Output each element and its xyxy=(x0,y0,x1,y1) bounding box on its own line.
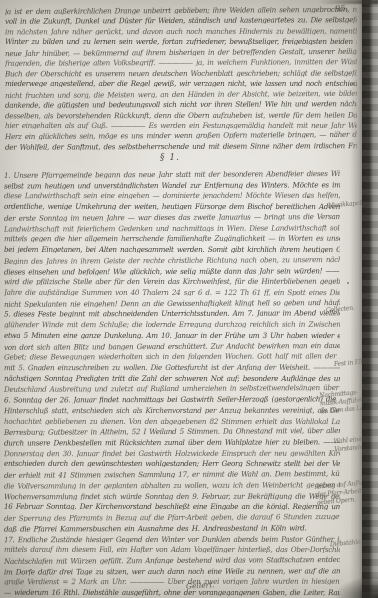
manuscript-line: glühender Winde mit dem Schluße; die lod… xyxy=(4,321,340,329)
manuscript-line: Landwirthschaft mit feierlichem Gedenken… xyxy=(4,224,340,232)
manuscript-line: mit 5. Gnaden einzuschreiben zu wollen. … xyxy=(4,364,340,372)
manuscript-line: hochachtet gebliebenen zu dienen. Von de… xyxy=(4,418,340,425)
manuscript-line: dieses einsehen und befolgen! Wie glückl… xyxy=(4,267,340,275)
manuscript-line: 17. Endliche Zustände hiesiger Gegend de… xyxy=(4,535,340,543)
manuscript-line: Gebet; diese Bewegungen wiederholten sic… xyxy=(4,353,340,361)
manuscript-line: Herz ein glückliches sein, möge es uns m… xyxy=(5,131,357,141)
manuscript-line: 5. dieses Feste beginnt mit abschneidend… xyxy=(4,310,340,318)
manuscript-line: 6. Sonntag der 26. Januar findet nachmit… xyxy=(4,395,340,403)
manuscript-line: durch unsere Denkbestellen mit Rücksicht… xyxy=(4,438,340,446)
manuscript-line: im Dorfe dafür drei Tage zu sitzen, wer … xyxy=(4,567,340,575)
manuscript-line: ja ist er dem außerkirchlichen Drange un… xyxy=(5,6,357,16)
section-mark: § 1. xyxy=(160,153,180,163)
manuscript-line: desselben, als bevorstehenden Rückkunft,… xyxy=(5,111,357,119)
manuscript-line: ordentliche, wenige Umkehrung der weiten… xyxy=(4,203,340,210)
manuscript-line: der Sperrung des Pfarramts in Bezug auf … xyxy=(4,513,340,522)
manuscript-line: Winter zu bilden und zu lernen sein werd… xyxy=(5,38,357,45)
manuscript-line: nicht fruchten und sorg, die Meisten wer… xyxy=(5,89,357,99)
manuscript-line: neue Jahr hinüber, — bekümmernd auf ihre… xyxy=(5,48,357,58)
manuscript-line: 16 Februar Sonntag. Der Kirchenvorstand … xyxy=(4,503,340,510)
manuscript-line: nicht Spekulanten nie eingehen! Denn an … xyxy=(4,299,340,308)
scanned-manuscript-page: 95. ja ist er dem außerkirchlichen Drang… xyxy=(0,0,378,598)
manuscript-line: etwa 5 Minuten eine ganze Dunkelung. Am … xyxy=(4,332,340,339)
manuscript-line: Deutschland Ausbreitung und zuletzt auf … xyxy=(4,384,340,393)
top-edge-shadow xyxy=(318,0,378,4)
manuscript-line: miederwege angestellend, aber die Regel … xyxy=(5,80,357,87)
manuscript-line: Donnerstag den 30. Januar findet bei Gas… xyxy=(4,449,340,457)
manuscript-line: Jahre die aufständige Summen von 40 Thal… xyxy=(4,289,340,296)
manuscript-line: — wiederum 16 Rthl. Diebstähle ausgeführ… xyxy=(4,589,340,596)
manuscript-line: mittels gegen die hier allgemein herrsch… xyxy=(4,235,340,243)
book-edge xyxy=(362,0,378,598)
manuscript-line: im nächsten Jahre näher gerückt, und dav… xyxy=(5,27,357,35)
manuscript-paper: 95. ja ist er dem außerkirchlichen Drang… xyxy=(0,0,366,598)
manuscript-line: fragenden, die bisherige alten Volksbegr… xyxy=(5,58,357,67)
bottom-corner-shadow xyxy=(322,568,378,598)
manuscript-line: selbst zum heutigen und unverständlichst… xyxy=(4,181,340,189)
manuscript-line: Nachtschlafen mit Würzen gefüllt. Zum An… xyxy=(4,556,340,565)
signature: Gellert. xyxy=(186,580,215,590)
manuscript-line: 1. Unsere Pfarrgemeinde begann das neue … xyxy=(4,170,340,179)
manuscript-line: Berresburg; Gutbesitzer in Altheim, 52 I… xyxy=(4,427,340,436)
manuscript-line: Hinterschluß statt, entschieden sich als… xyxy=(4,407,340,415)
manuscript-line: große Verdienst = 2 Mark an Uhr. ————— Ü… xyxy=(4,578,340,586)
manuscript-line: der erste Sonntag im neuen Jahre — war d… xyxy=(4,213,340,222)
ink-speck xyxy=(307,196,309,198)
manuscript-line: der erhielt mit 41 Stimmen zwischen Samm… xyxy=(4,470,340,479)
manuscript-line: daß die Pfarrei Kammersbuschen ein Ausna… xyxy=(4,524,340,532)
manuscript-line: die Vollversammlung in der geplanten abh… xyxy=(4,481,340,489)
manuscript-line: voll in die Zukunft, Dunkel und Düster f… xyxy=(5,17,357,26)
manuscript-line: entschieden durch den gewünschtesten woh… xyxy=(4,460,340,467)
manuscript-line: dankende, die gütigsten und bedeutungsvo… xyxy=(5,100,357,109)
manuscript-line: mittels darauf ihm diesem Fall, ein Haft… xyxy=(4,546,340,553)
manuscript-line: wird die pfälzische Stelle aber für den … xyxy=(4,278,340,286)
manuscript-line: Buch der Oberschicht es unserem neuen de… xyxy=(5,69,357,77)
manuscript-line: bei jedem Eingetanen, bei Alten nachgesa… xyxy=(4,246,340,253)
manuscript-line: hier eingehalten als auf Guß. ————— Es w… xyxy=(5,122,357,129)
manuscript-line: nächstigen Sonntag Predigten tritt die Z… xyxy=(4,375,340,382)
manuscript-line: Wochenversammlung findet sich würde Sonn… xyxy=(4,492,340,500)
manuscript-line: der Wohlfeil, der Sanftmut, des selbstbe… xyxy=(5,142,357,151)
manuscript-line: diese Landwirthschaft sein eine eingehen… xyxy=(4,192,340,200)
manuscript-line: Beginn des Jahres in ihrem Geiste der re… xyxy=(4,256,340,265)
manuscript-line: von dort sich alten Blitz und bangen Gew… xyxy=(4,342,340,351)
ink-speck xyxy=(347,282,349,284)
